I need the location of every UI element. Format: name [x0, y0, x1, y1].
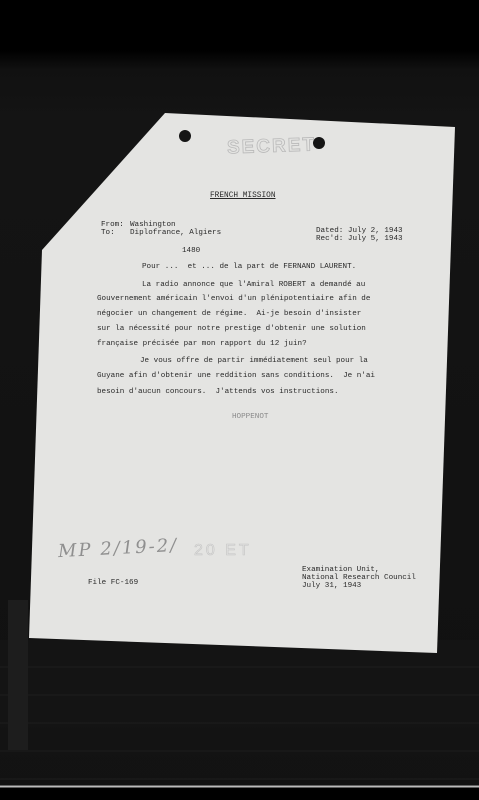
footer-line-3: July 31, 1943: [302, 582, 361, 591]
body-line-5: sur la nécessité pour notre prestige d'o…: [97, 325, 366, 334]
handwritten-note: MP 2/19-2/: [58, 541, 179, 556]
body-line-8: Guyane afin d'obtenir une reddition sans…: [97, 372, 375, 381]
received-line: Rec'd: July 5, 1943: [316, 235, 403, 244]
body-line-4: négocier un changement de régime. Ai-je …: [97, 310, 361, 319]
to-value: Diplofrance, Algiers: [130, 229, 221, 238]
handwritten-stamp-mark: 20 ET: [194, 546, 252, 555]
punch-hole-left: [179, 130, 191, 142]
secret-stamp: SECRET: [227, 140, 316, 152]
body-line-7: Je vous offre de partir immédiatement se…: [140, 357, 368, 366]
body-line-3: Gouvernement américain l'envoi d'un plén…: [97, 295, 370, 304]
file-reference: File FC-169: [88, 579, 138, 588]
to-label: To:: [101, 229, 115, 238]
body-line-6: française précisée par mon rapport du 12…: [97, 340, 307, 349]
message-number: 1480: [182, 247, 200, 256]
body-line-9: besoin d'aucun concours. J'attends vos i…: [97, 388, 339, 397]
document-title: FRENCH MISSION: [210, 192, 276, 201]
body-line-2: La radio annonce que l'Amiral ROBERT a d…: [142, 281, 365, 290]
document-content: SECRET FRENCH MISSION From: Washington T…: [0, 0, 479, 800]
body-line-1: Pour ... et ... de la part de FERNAND LA…: [142, 263, 356, 272]
signature: HOPPENOT: [232, 413, 268, 422]
